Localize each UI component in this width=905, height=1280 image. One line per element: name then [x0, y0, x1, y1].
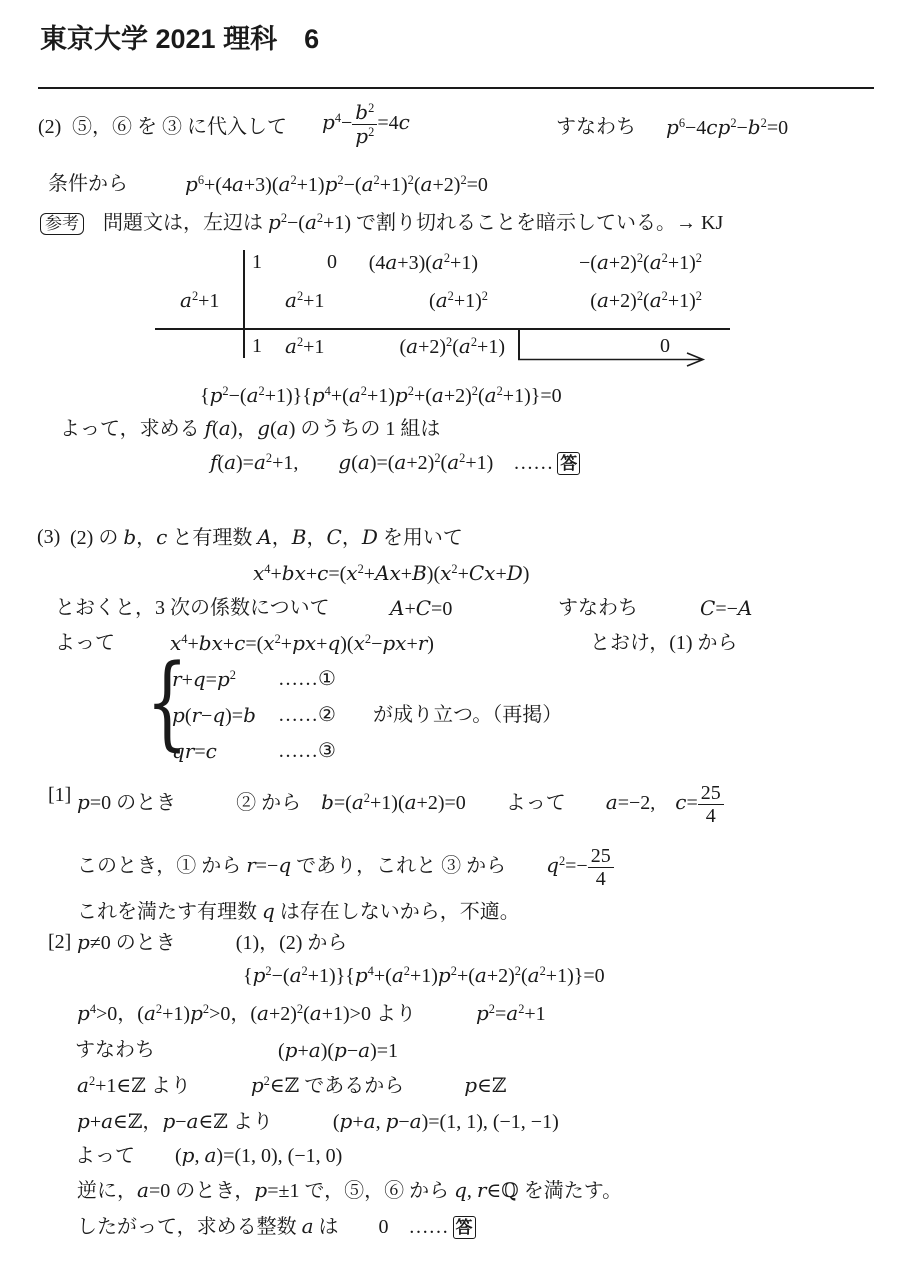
header-divider: [38, 87, 874, 89]
case1-line1: p=0 のとき ② から b=(a2+1)(a+2)=0 よって a=−2, c…: [77, 782, 724, 827]
table-cell: −(a+2)2(a2+1)2: [579, 250, 702, 275]
table-cell: (a+2)2(a2+1): [399, 334, 505, 359]
part2-label: (2): [38, 114, 61, 140]
part3-label: (3): [37, 524, 60, 550]
part3-line3-tail: とおけ，(1) から: [590, 630, 738, 656]
system-eq1: r+q=p2: [172, 666, 236, 693]
condition-label: 条件から: [48, 171, 128, 197]
case2-line7: 逆に，a=0 のとき，p=±1 で，⑤，⑥ から q, r∈ℚ を満たす。: [77, 1177, 622, 1204]
case1-label: [1]: [48, 782, 71, 808]
part2-conclusion: よって，求める f(a)，g(a) のうちの 1 組は: [60, 415, 440, 442]
document-page: 東京大学 2021 理科 6 (2) ⑤，⑥ を ③ に代入して p4−b2p2…: [0, 0, 905, 1280]
remainder-arrow-icon: [518, 351, 710, 368]
part3-line3-lead: よって: [55, 630, 115, 656]
case2-label: [2]: [48, 929, 71, 955]
part3-line2-eq1: A+C=0: [390, 595, 452, 622]
reference-badge: 参考: [40, 213, 84, 235]
case2-line3-eq: (p+a)(p−a)=1: [278, 1037, 398, 1064]
formula-p4-fraction: p4−b2p2=4c: [322, 101, 410, 148]
case2-line5: p+a∈ℤ，p−a∈ℤ より (p+a, p−a)=(1, 1), (−1, −…: [77, 1108, 559, 1135]
table-remainder-cell: 0: [660, 334, 670, 358]
condition-equation: p6+(4a+3)(a2+1)p2−(a2+1)2(a+2)2=0: [185, 171, 488, 198]
system-tag1: ……①: [278, 666, 336, 692]
case2-line4: a2+1∈ℤ より p2∈ℤ であるから p∈ℤ: [77, 1072, 506, 1099]
answer-box: 答: [557, 452, 580, 475]
table-divisor: a2+1: [180, 288, 219, 313]
part3-line2-eq2: C=−A: [700, 595, 752, 622]
page-title: 東京大学 2021 理科 6: [40, 22, 319, 57]
table-cell: 0: [327, 250, 337, 274]
case2-answer-line: したがって，求める整数 a は 0 ……答: [77, 1213, 476, 1240]
reference-line: 参考 問題文は，左辺は p2−(a2+1) で割り切れることを暗示している。→ …: [40, 209, 723, 236]
part2-answer-formula: f(a)=a2+1, g(a)=(a+2)2(a2+1) ……: [210, 452, 553, 474]
case2-equation: {p2−(a2+1)}{p4+(a2+1)p2+(a+2)2(a2+1)}=0: [243, 962, 605, 989]
table-cell: 1: [252, 334, 262, 358]
table-cell: a2+1: [285, 334, 324, 359]
table-vertical-bar: [243, 250, 245, 358]
case2-line3-lead: すなわち: [75, 1037, 155, 1063]
table-cell: a2+1: [285, 288, 324, 313]
table-cell: (a+2)2(a2+1)2: [590, 288, 702, 313]
table-horizontal-rule: [155, 328, 730, 330]
case1-line2: このとき，① から r=−q であり，これと ③ から q2=−254: [77, 845, 614, 890]
division-table: 1 0 (4a+3)(a2+1) −(a+2)2(a2+1)2 a2+1 a2+…: [155, 248, 730, 378]
part2-answer-line: f(a)=a2+1, g(a)=(a+2)2(a2+1) ……答: [210, 449, 580, 476]
reference-text: 問題文は，左辺は p2−(a2+1) で割り切れることを暗示している。→ KJ: [103, 212, 723, 234]
table-cell: (a2+1)2: [429, 288, 488, 313]
case2-line6: よって (p, a)=(1, 0), (−1, 0): [75, 1142, 342, 1169]
case2-line1: p≠0 のとき (1)，(2) から: [77, 929, 347, 956]
part2-sunawachi: すなわち: [556, 114, 636, 140]
part3-line3-eq: x4+bx+c=(x2+px+q)(x2−px+r): [170, 630, 434, 657]
system-side-note: が成り立つ。（再掲）: [373, 702, 562, 728]
part3-equation1: x4+bx+c=(x2+Ax+B)(x2+Cx+D): [253, 560, 529, 587]
table-cell: 1: [252, 250, 262, 274]
part3-line2-mid: すなわち: [558, 595, 638, 621]
case2-line2: p4>0，(a2+1)p2>0，(a+2)2(a+1)>0 より p2=a2+1: [77, 1000, 546, 1027]
part2-intro: ⑤，⑥ を ③ に代入して: [72, 114, 287, 140]
answer-box: 答: [453, 1216, 476, 1239]
system-tag2: ……②: [278, 702, 336, 728]
case2-line8: したがって，求める整数 a は 0 ……: [77, 1216, 449, 1238]
factored-equation: {p2−(a2+1)}{p4+(a2+1)p2+(a+2)2(a2+1)}=0: [200, 382, 562, 409]
part3-intro: (2) の b，c と有理数 A，B，C，D を用いて: [70, 524, 463, 551]
part3-line2-text: とおくと，3 次の係数について: [55, 595, 330, 621]
system-tag3: ……③: [278, 738, 336, 764]
system-eq2: p(r−q)=b: [172, 702, 256, 729]
system-eq3: qr=c: [172, 738, 217, 765]
table-cell: (4a+3)(a2+1): [369, 250, 478, 275]
formula-p6-poly: p6−4cp2−b2=0: [666, 114, 788, 141]
case1-line3: これを満たす有理数 q は存在しないから，不適。: [77, 898, 520, 925]
